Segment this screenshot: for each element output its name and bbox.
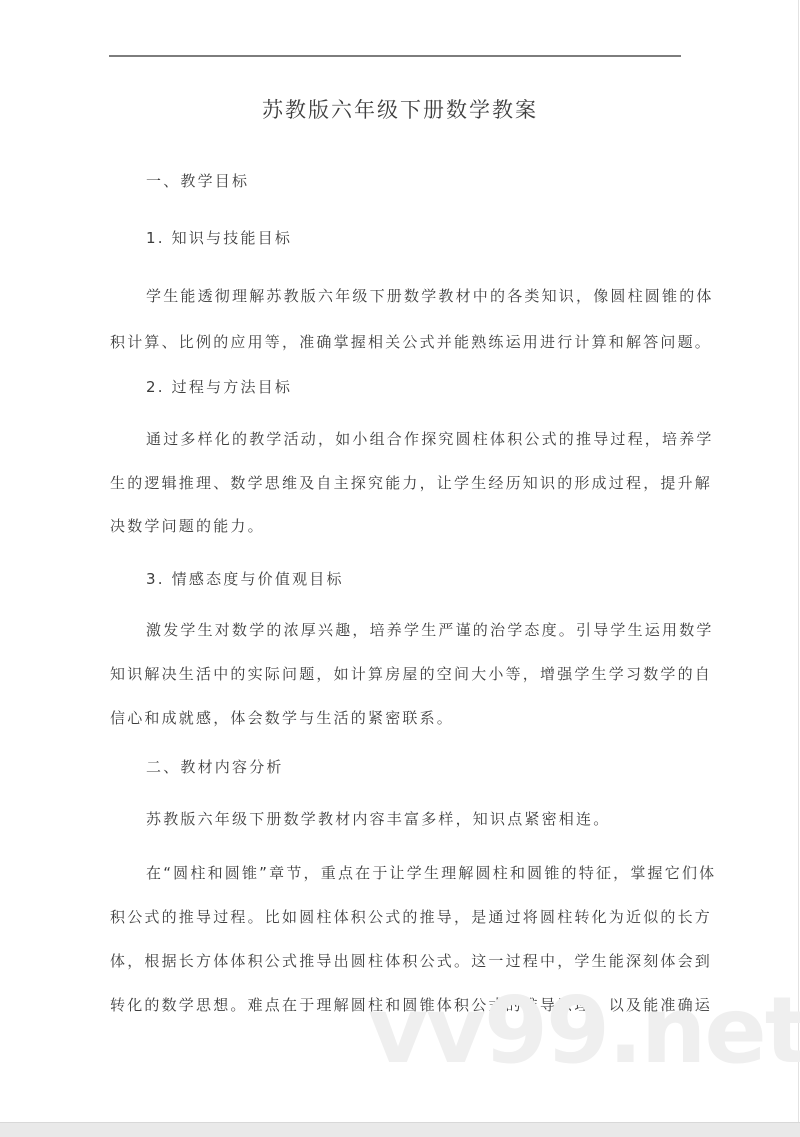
subsection-heading-emotion-values: 3. 情感态度与价值观目标 bbox=[146, 568, 720, 589]
document-title: 苏教版六年级下册数学教案 bbox=[0, 94, 800, 124]
paragraph-line: 在“圆柱和圆锥”章节，重点在于让学生理解圆柱和圆锥的特征，掌握它们体 bbox=[146, 862, 720, 883]
paragraph-line: 积公式的推导过程。比如圆柱体积公式的推导，是通过将圆柱转化为近似的长方 bbox=[110, 906, 684, 927]
paragraph-line: 知识解决生活中的实际问题，如计算房屋的空间大小等，增强学生学习数学的自 bbox=[110, 663, 684, 684]
paragraph-line: 转化的数学思想。难点在于理解圆柱和圆锥体积公式的推导原理，以及能准确运 bbox=[110, 994, 684, 1015]
paragraph-line: 生的逻辑推理、数学思维及自主探究能力，让学生经历知识的形成过程，提升解 bbox=[110, 472, 684, 493]
document-page: 苏教版六年级下册数学教案 一、教学目标 1. 知识与技能目标 学生能透彻理解苏教… bbox=[0, 0, 799, 1122]
paragraph-line: 信心和成就感，体会数学与生活的紧密联系。 bbox=[110, 707, 684, 728]
paragraph-line: 激发学生对数学的浓厚兴趣，培养学生严谨的治学态度。引导学生运用数学 bbox=[146, 619, 720, 640]
section-heading-teaching-goals: 一、教学目标 bbox=[146, 170, 720, 191]
section-heading-material-analysis: 二、教材内容分析 bbox=[146, 756, 720, 777]
subsection-heading-process-methods: 2. 过程与方法目标 bbox=[146, 376, 720, 397]
paragraph-line: 通过多样化的教学活动，如小组合作探究圆柱体积公式的推导过程，培养学 bbox=[146, 428, 720, 449]
page-bottom-edge bbox=[0, 1122, 800, 1137]
paragraph-line: 学生能透彻理解苏教版六年级下册数学教材中的各类知识，像圆柱圆锥的体 bbox=[146, 285, 720, 306]
header-rule bbox=[109, 55, 681, 57]
subsection-heading-knowledge-skills: 1. 知识与技能目标 bbox=[146, 227, 720, 248]
paragraph-line: 体，根据长方体体积公式推导出圆柱体积公式。这一过程中，学生能深刻体会到 bbox=[110, 950, 684, 971]
paragraph-line: 苏教版六年级下册数学教材内容丰富多样，知识点紧密相连。 bbox=[146, 808, 720, 829]
paragraph-line: 决数学问题的能力。 bbox=[110, 515, 684, 536]
paragraph-line: 积计算、比例的应用等，准确掌握相关公式并能熟练运用进行计算和解答问题。 bbox=[110, 331, 684, 352]
